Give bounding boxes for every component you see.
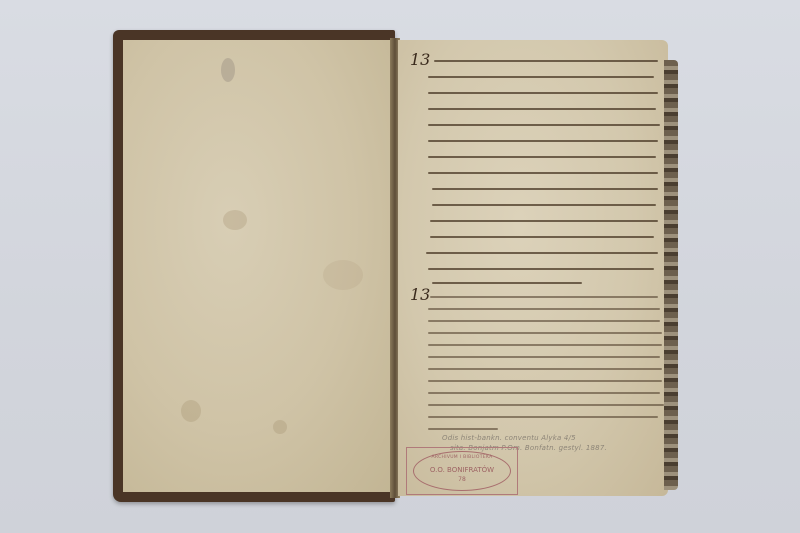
- left-endpaper: [123, 40, 391, 492]
- pencil-note-line-1: Odis hist-bankn. conventu Alyka 4/5: [442, 434, 576, 442]
- stain: [181, 400, 201, 422]
- stain: [273, 420, 287, 434]
- page-edges: [664, 60, 678, 490]
- right-manuscript-page: 13 13: [398, 40, 668, 496]
- stamp-middle-text: O.O. BONIFRATÓW: [414, 466, 510, 474]
- stain: [221, 58, 235, 82]
- open-manuscript-book: 13 13: [0, 0, 800, 533]
- library-stamp: ARCHIVUM I BIBLIOTEKA O.O. BONIFRATÓW 78: [413, 451, 511, 491]
- entry-number-1: 13: [410, 50, 430, 69]
- stain: [223, 210, 247, 230]
- stain: [323, 260, 363, 290]
- stamp-number: 78: [414, 476, 510, 483]
- entry-number-2: 13: [410, 285, 430, 304]
- stamp-top-text: ARCHIVUM I BIBLIOTEKA: [414, 455, 510, 460]
